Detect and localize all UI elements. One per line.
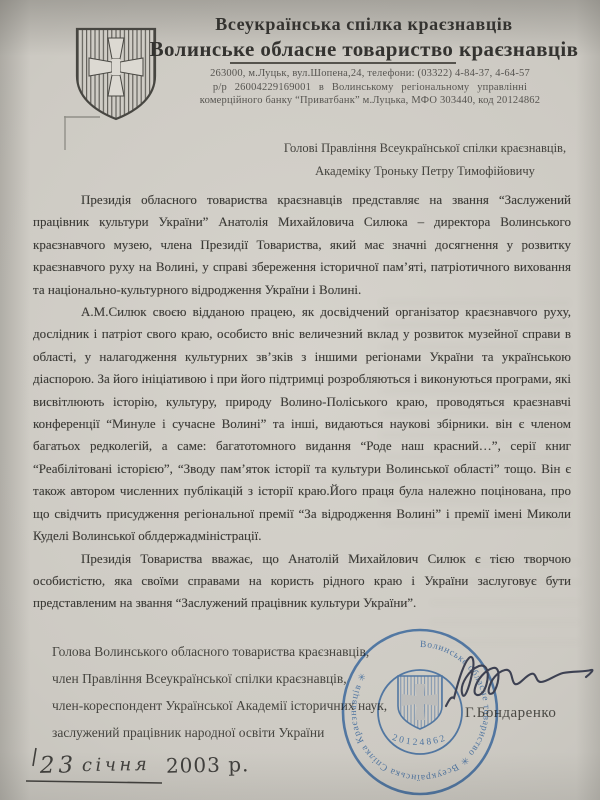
date-year: 2003 р. (166, 752, 250, 777)
org-name-line1: Всеукраїнська спілка краєзнавців (138, 12, 590, 36)
address-line: комерційного банку “Приватбанк” м.Луцька… (120, 94, 600, 108)
paragraph: Президія обласного товариства краєзнавці… (33, 189, 571, 301)
addressee-line1: Голові Правління Всеукраїнської спілки к… (272, 137, 578, 160)
letterhead: Всеукраїнська спілка краєзнавців Волинсь… (138, 12, 590, 63)
letterhead-address: 263000, м.Луцьк, вул.Шопена,24, телефони… (120, 67, 600, 108)
letter-body: Президія обласного товариства краєзнавці… (33, 189, 571, 615)
addressee-block: Голові Правління Всеукраїнської спілки к… (272, 137, 578, 183)
date-day: 23 (39, 752, 78, 779)
org-name-line2: Волинське обласне товариство краєзнавців (138, 36, 590, 63)
handwritten-signature (438, 646, 600, 718)
pen-corner-mark (62, 114, 102, 154)
paragraph: Президія Товариства вважає, що Анатолій … (33, 548, 571, 615)
address-line: р/р 26004229169001 в Волинському регіона… (120, 81, 600, 95)
date-month: січня (82, 754, 151, 776)
svg-text:20124862: 20124862 (391, 733, 449, 748)
stamp-code: 20124862 (391, 733, 449, 748)
scanned-letter-page: Всеукраїнська спілка краєзнавців Волинсь… (0, 0, 600, 800)
paragraph: А.М.Силюк своєю відданою працею, як досв… (33, 301, 571, 547)
addressee-line2: Академіку Троньку Петру Тимофійовичу (272, 160, 578, 183)
letterhead-divider (230, 62, 456, 64)
address-line: 263000, м.Луцьк, вул.Шопена,24, телефони… (120, 67, 600, 81)
handwritten-date: 23 січня 2003 р. (14, 740, 264, 794)
date-text: 23 січня 2003 р. (39, 749, 250, 780)
